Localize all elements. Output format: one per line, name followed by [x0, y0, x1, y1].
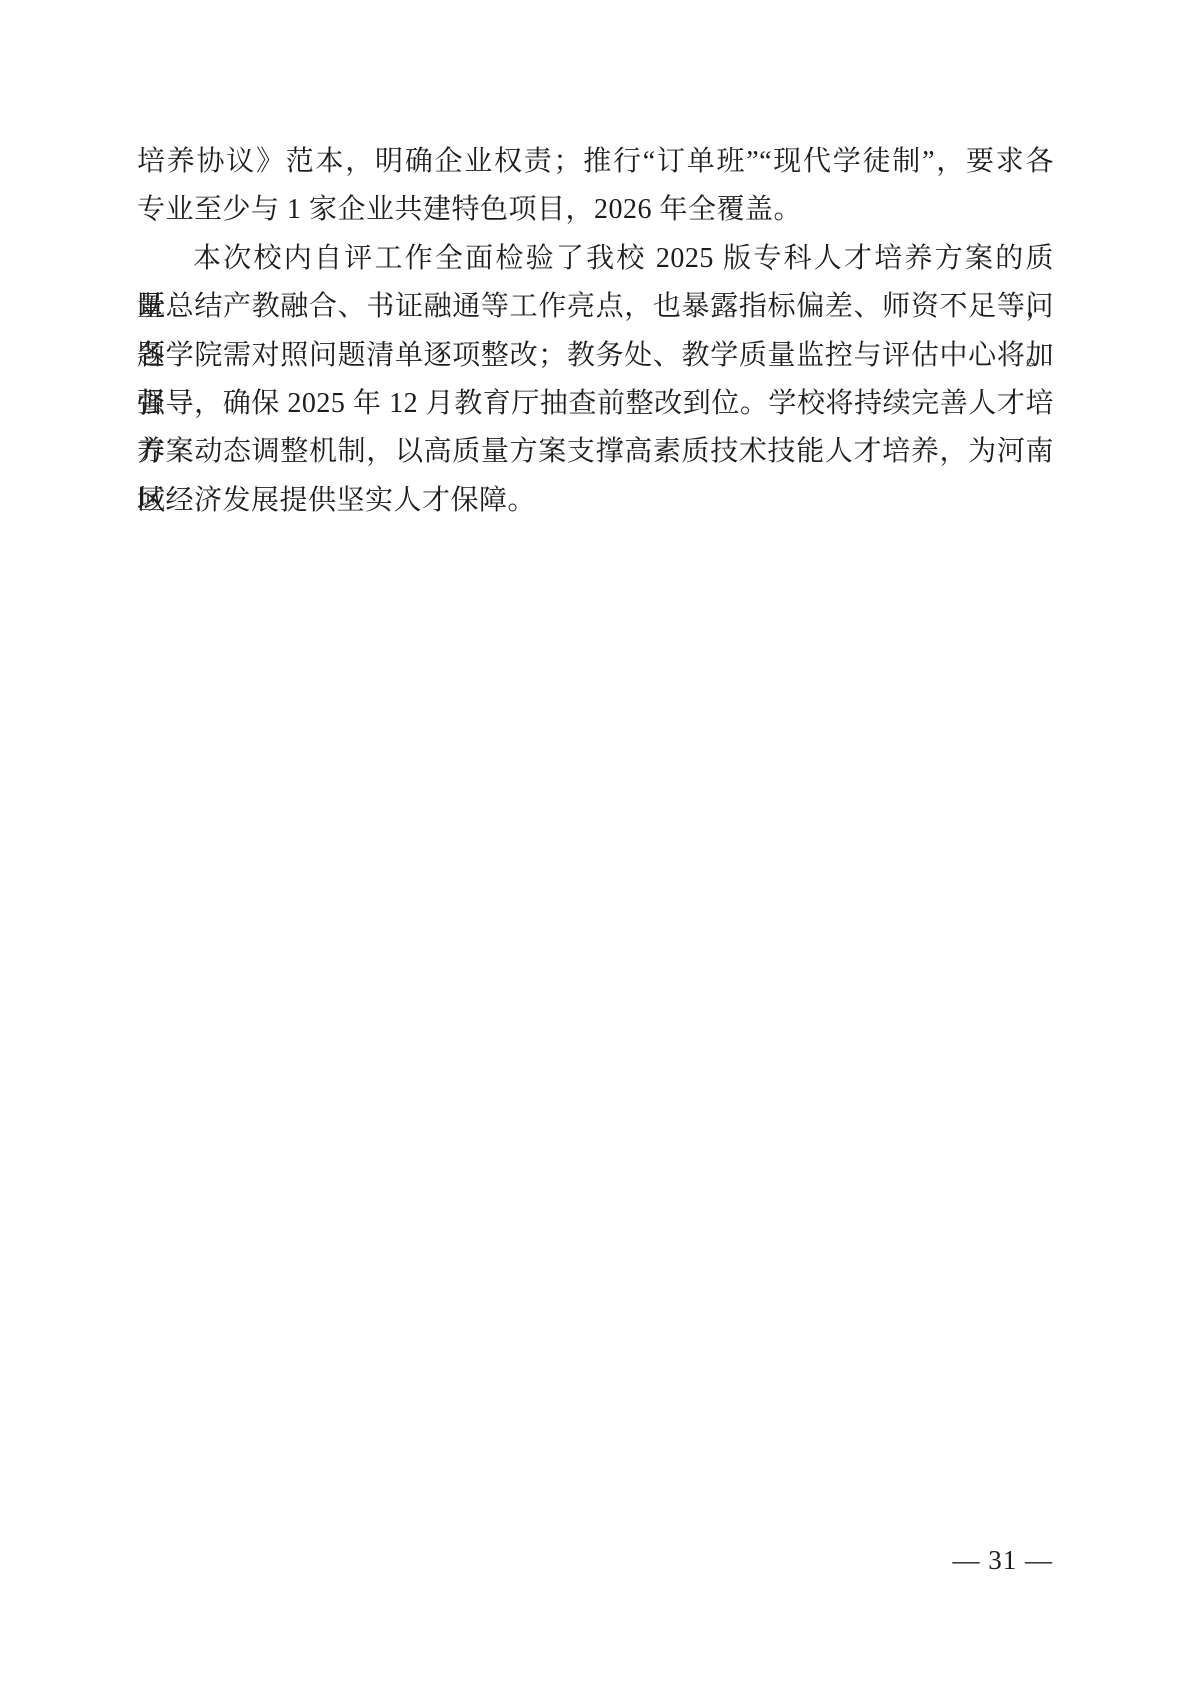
text-line: 专业至少与 1 家企业共建特色项目，2026 年全覆盖。	[137, 186, 1054, 234]
document-page: 培养协议》范本，明确企业权责；推行“订单班”“现代学徒制”，要求各专业至少与 1…	[0, 0, 1191, 1684]
page-number: — 31 —	[953, 1545, 1054, 1575]
text-line: 督导，确保 2025 年 12 月教育厅抽查前整改到位。学校将持续完善人才培养	[137, 380, 1054, 428]
body-text-block: 培养协议》范本，明确企业权责；推行“订单班”“现代学徒制”，要求各专业至少与 1…	[137, 138, 1054, 525]
text-line: 域经济发展提供坚实人才保障。	[137, 477, 1054, 525]
text-line: 既总结产教融合、书证融通等工作亮点，也暴露指标偏差、师资不足等问题。	[137, 283, 1054, 331]
text-line: 培养协议》范本，明确企业权责；推行“订单班”“现代学徒制”，要求各	[137, 138, 1054, 186]
text-line: 本次校内自评工作全面检验了我校 2025 版专科人才培养方案的质量，	[137, 235, 1054, 283]
text-line: 各学院需对照问题清单逐项整改；教务处、教学质量监控与评估中心将加强	[137, 332, 1054, 380]
text-line: 方案动态调整机制，以高质量方案支撑高素质技术技能人才培养，为河南区	[137, 428, 1054, 476]
